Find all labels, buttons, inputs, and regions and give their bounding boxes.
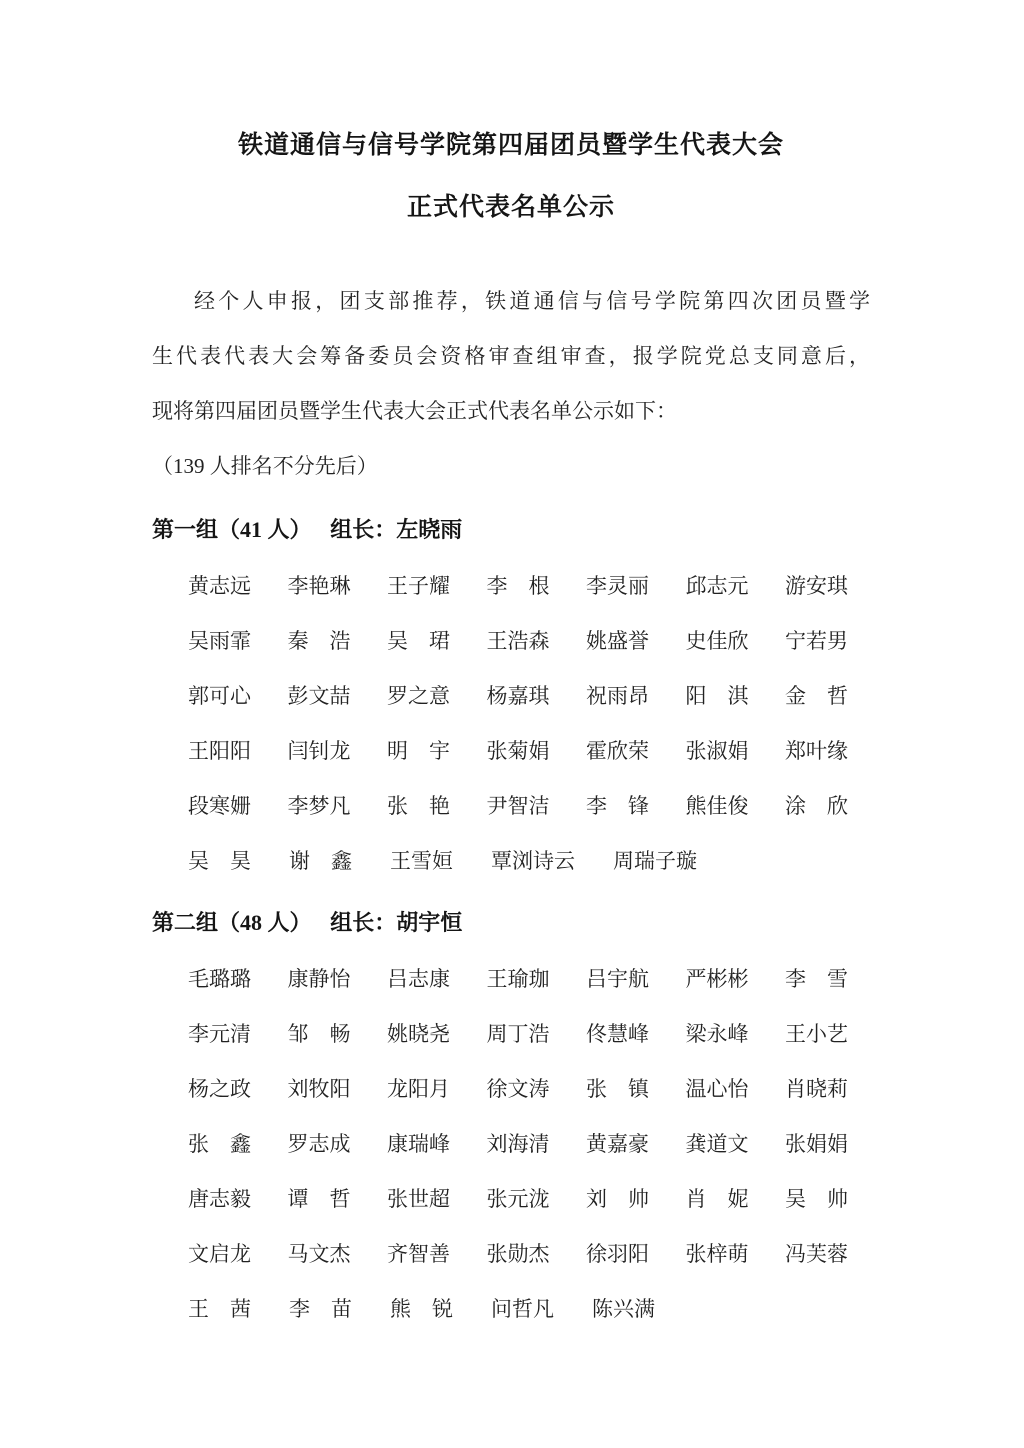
delegate-name: 王阳阳 [188, 735, 251, 765]
delegate-name: 李 锋 [586, 790, 649, 820]
delegate-name: 段寒姗 [188, 790, 251, 820]
delegate-name: 李梦凡 [288, 790, 351, 820]
group-section-2: 第二组（48 人）组长：胡宇恒毛璐璐康静怡吕志康王瑜珈吕宇航严彬彬李 雪李元清邹… [152, 895, 870, 1335]
delegate-name: 问哲凡 [491, 1293, 554, 1323]
delegate-name: 吕志康 [387, 963, 450, 993]
delegate-name: 周瑞子璇 [613, 845, 697, 875]
group-section-1: 第一组（41 人）组长：左晓雨黄志远李艳琳王子耀李 根李灵丽邱志元游安琪吴雨霏秦… [152, 502, 870, 887]
delegate-name: 张勋杰 [487, 1238, 550, 1268]
name-row: 毛璐璐康静怡吕志康王瑜珈吕宇航严彬彬李 雪 [188, 950, 848, 1005]
document-subtitle: 正式代表名单公示 [152, 188, 870, 228]
name-row: 王 茜李 苗熊 锐问哲凡陈兴满 [188, 1280, 848, 1335]
delegate-name: 邹 畅 [288, 1018, 351, 1048]
delegate-name: 梁永峰 [686, 1018, 749, 1048]
delegate-name: 李 雪 [785, 963, 848, 993]
delegate-name: 张 镇 [586, 1073, 649, 1103]
delegate-name: 文启龙 [188, 1238, 251, 1268]
delegate-name: 谭 哲 [288, 1183, 351, 1213]
delegate-name: 明 宇 [387, 735, 450, 765]
delegate-name: 温心怡 [686, 1073, 749, 1103]
delegate-name: 徐羽阳 [586, 1238, 649, 1268]
delegate-name: 李艳琳 [288, 570, 351, 600]
delegate-name: 张娟娟 [785, 1128, 848, 1158]
name-row: 段寒姗李梦凡张 艳尹智洁李 锋熊佳俊涂 欣 [188, 777, 848, 832]
name-row: 吴雨霏秦 浩吴 珺王浩森姚盛誉史佳欣宁若男 [188, 612, 848, 667]
name-row: 杨之政刘牧阳龙阳月徐文涛张 镇温心怡肖晓莉 [188, 1060, 848, 1115]
delegate-name: 康瑞峰 [387, 1128, 450, 1158]
delegate-name: 郭可心 [188, 680, 251, 710]
name-row: 唐志毅谭 哲张世超张元泷刘 帅肖 妮吴 帅 [188, 1170, 848, 1225]
delegate-name: 黄志远 [188, 570, 251, 600]
document-title: 铁道通信与信号学院第四届团员暨学生代表大会 [152, 126, 870, 166]
group-label: 第一组（41 人） [152, 517, 312, 542]
delegate-name: 马文杰 [288, 1238, 351, 1268]
delegate-name: 姚盛誉 [586, 625, 649, 655]
delegate-name: 闫钊龙 [288, 735, 351, 765]
delegate-name: 王子耀 [387, 570, 450, 600]
delegate-name: 祝雨昂 [586, 680, 649, 710]
delegate-name: 阳 淇 [686, 680, 749, 710]
delegate-name: 罗志成 [288, 1128, 351, 1158]
delegate-name: 邱志元 [686, 570, 749, 600]
delegate-name: 王瑜珈 [487, 963, 550, 993]
delegate-name: 黄嘉豪 [586, 1128, 649, 1158]
headcount-note: （139 人排名不分先后） [152, 439, 870, 494]
intro-line-3: 现将第四届团员暨学生代表大会正式代表名单公示如下： [152, 384, 870, 439]
group-leader-label: 组长：胡宇恒 [330, 910, 462, 935]
name-row: 郭可心彭文喆罗之意杨嘉琪祝雨昂阳 淇金 哲 [188, 667, 848, 722]
name-row: 吴 昊谢 鑫王雪姮覃浏诗云周瑞子璇 [188, 832, 848, 887]
delegate-name: 吴 昊 [188, 845, 251, 875]
delegate-name: 霍欣荣 [586, 735, 649, 765]
delegate-name: 龚道文 [686, 1128, 749, 1158]
delegate-name: 史佳欣 [686, 625, 749, 655]
delegate-name: 游安琪 [785, 570, 848, 600]
delegate-name: 王浩森 [487, 625, 550, 655]
delegate-name: 杨之政 [188, 1073, 251, 1103]
delegate-name: 张 鑫 [188, 1128, 251, 1158]
name-row: 文启龙马文杰齐智善张勋杰徐羽阳张梓萌冯芙蓉 [188, 1225, 848, 1280]
delegate-name: 肖晓莉 [785, 1073, 848, 1103]
name-row: 张 鑫罗志成康瑞峰刘海清黄嘉豪龚道文张娟娟 [188, 1115, 848, 1170]
delegate-name: 李 苗 [289, 1293, 352, 1323]
name-rows: 毛璐璐康静怡吕志康王瑜珈吕宇航严彬彬李 雪李元清邹 畅姚晓尧周丁浩佟慧峰梁永峰王… [152, 950, 870, 1335]
delegate-name: 张 艳 [387, 790, 450, 820]
group-label: 第二组（48 人） [152, 910, 312, 935]
delegate-name: 吴 珺 [387, 625, 450, 655]
delegate-name: 王雪姮 [390, 845, 453, 875]
delegate-name: 郑叶缘 [785, 735, 848, 765]
delegate-name: 王小艺 [785, 1018, 848, 1048]
delegate-name: 康静怡 [288, 963, 351, 993]
document-page: 铁道通信与信号学院第四届团员暨学生代表大会 正式代表名单公示 经个人申报，团支部… [0, 0, 1024, 1448]
delegate-name: 刘 帅 [586, 1183, 649, 1213]
delegate-name: 姚晓尧 [387, 1018, 450, 1048]
intro-paragraph: 经个人申报，团支部推荐，铁道通信与信号学院第四次团员暨学 生代表代表大会筹备委员… [152, 274, 870, 439]
delegate-name: 李灵丽 [586, 570, 649, 600]
delegate-name: 罗之意 [387, 680, 450, 710]
delegate-name: 刘牧阳 [288, 1073, 351, 1103]
delegate-name: 周丁浩 [487, 1018, 550, 1048]
delegate-name: 吴 帅 [785, 1183, 848, 1213]
delegate-name: 杨嘉琪 [487, 680, 550, 710]
groups-container: 第一组（41 人）组长：左晓雨黄志远李艳琳王子耀李 根李灵丽邱志元游安琪吴雨霏秦… [152, 502, 870, 1335]
delegate-name: 刘海清 [487, 1128, 550, 1158]
delegate-name: 冯芙蓉 [785, 1238, 848, 1268]
intro-line-1: 经个人申报，团支部推荐，铁道通信与信号学院第四次团员暨学 [152, 274, 870, 329]
name-row: 王阳阳闫钊龙明 宇张菊娟霍欣荣张淑娟郑叶缘 [188, 722, 848, 777]
delegate-name: 李元清 [188, 1018, 251, 1048]
delegate-name: 陈兴满 [592, 1293, 655, 1323]
delegate-name: 齐智善 [387, 1238, 450, 1268]
delegate-name: 李 根 [487, 570, 550, 600]
name-row: 黄志远李艳琳王子耀李 根李灵丽邱志元游安琪 [188, 557, 848, 612]
delegate-name: 张世超 [387, 1183, 450, 1213]
delegate-name: 熊佳俊 [686, 790, 749, 820]
delegate-name: 佟慧峰 [586, 1018, 649, 1048]
intro-line-2: 生代表代表大会筹备委员会资格审查组审查，报学院党总支同意后， [152, 329, 870, 384]
group-heading: 第一组（41 人）组长：左晓雨 [152, 502, 870, 557]
delegate-name: 尹智洁 [487, 790, 550, 820]
delegate-name: 徐文涛 [487, 1073, 550, 1103]
group-leader-label: 组长：左晓雨 [330, 517, 462, 542]
delegate-name: 金 哲 [785, 680, 848, 710]
delegate-name: 肖 妮 [686, 1183, 749, 1213]
delegate-name: 龙阳月 [387, 1073, 450, 1103]
delegate-name: 张淑娟 [686, 735, 749, 765]
delegate-name: 唐志毅 [188, 1183, 251, 1213]
delegate-name: 吕宇航 [586, 963, 649, 993]
delegate-name: 谢 鑫 [289, 845, 352, 875]
name-rows: 黄志远李艳琳王子耀李 根李灵丽邱志元游安琪吴雨霏秦 浩吴 珺王浩森姚盛誉史佳欣宁… [152, 557, 870, 887]
delegate-name: 秦 浩 [288, 625, 351, 655]
delegate-name: 张菊娟 [487, 735, 550, 765]
delegate-name: 涂 欣 [785, 790, 848, 820]
delegate-name: 覃浏诗云 [491, 845, 575, 875]
delegate-name: 张梓萌 [686, 1238, 749, 1268]
delegate-name: 吴雨霏 [188, 625, 251, 655]
group-heading: 第二组（48 人）组长：胡宇恒 [152, 895, 870, 950]
delegate-name: 张元泷 [487, 1183, 550, 1213]
delegate-name: 熊 锐 [390, 1293, 453, 1323]
delegate-name: 毛璐璐 [188, 963, 251, 993]
name-row: 李元清邹 畅姚晓尧周丁浩佟慧峰梁永峰王小艺 [188, 1005, 848, 1060]
delegate-name: 王 茜 [188, 1293, 251, 1323]
delegate-name: 彭文喆 [288, 680, 351, 710]
delegate-name: 宁若男 [785, 625, 848, 655]
delegate-name: 严彬彬 [686, 963, 749, 993]
